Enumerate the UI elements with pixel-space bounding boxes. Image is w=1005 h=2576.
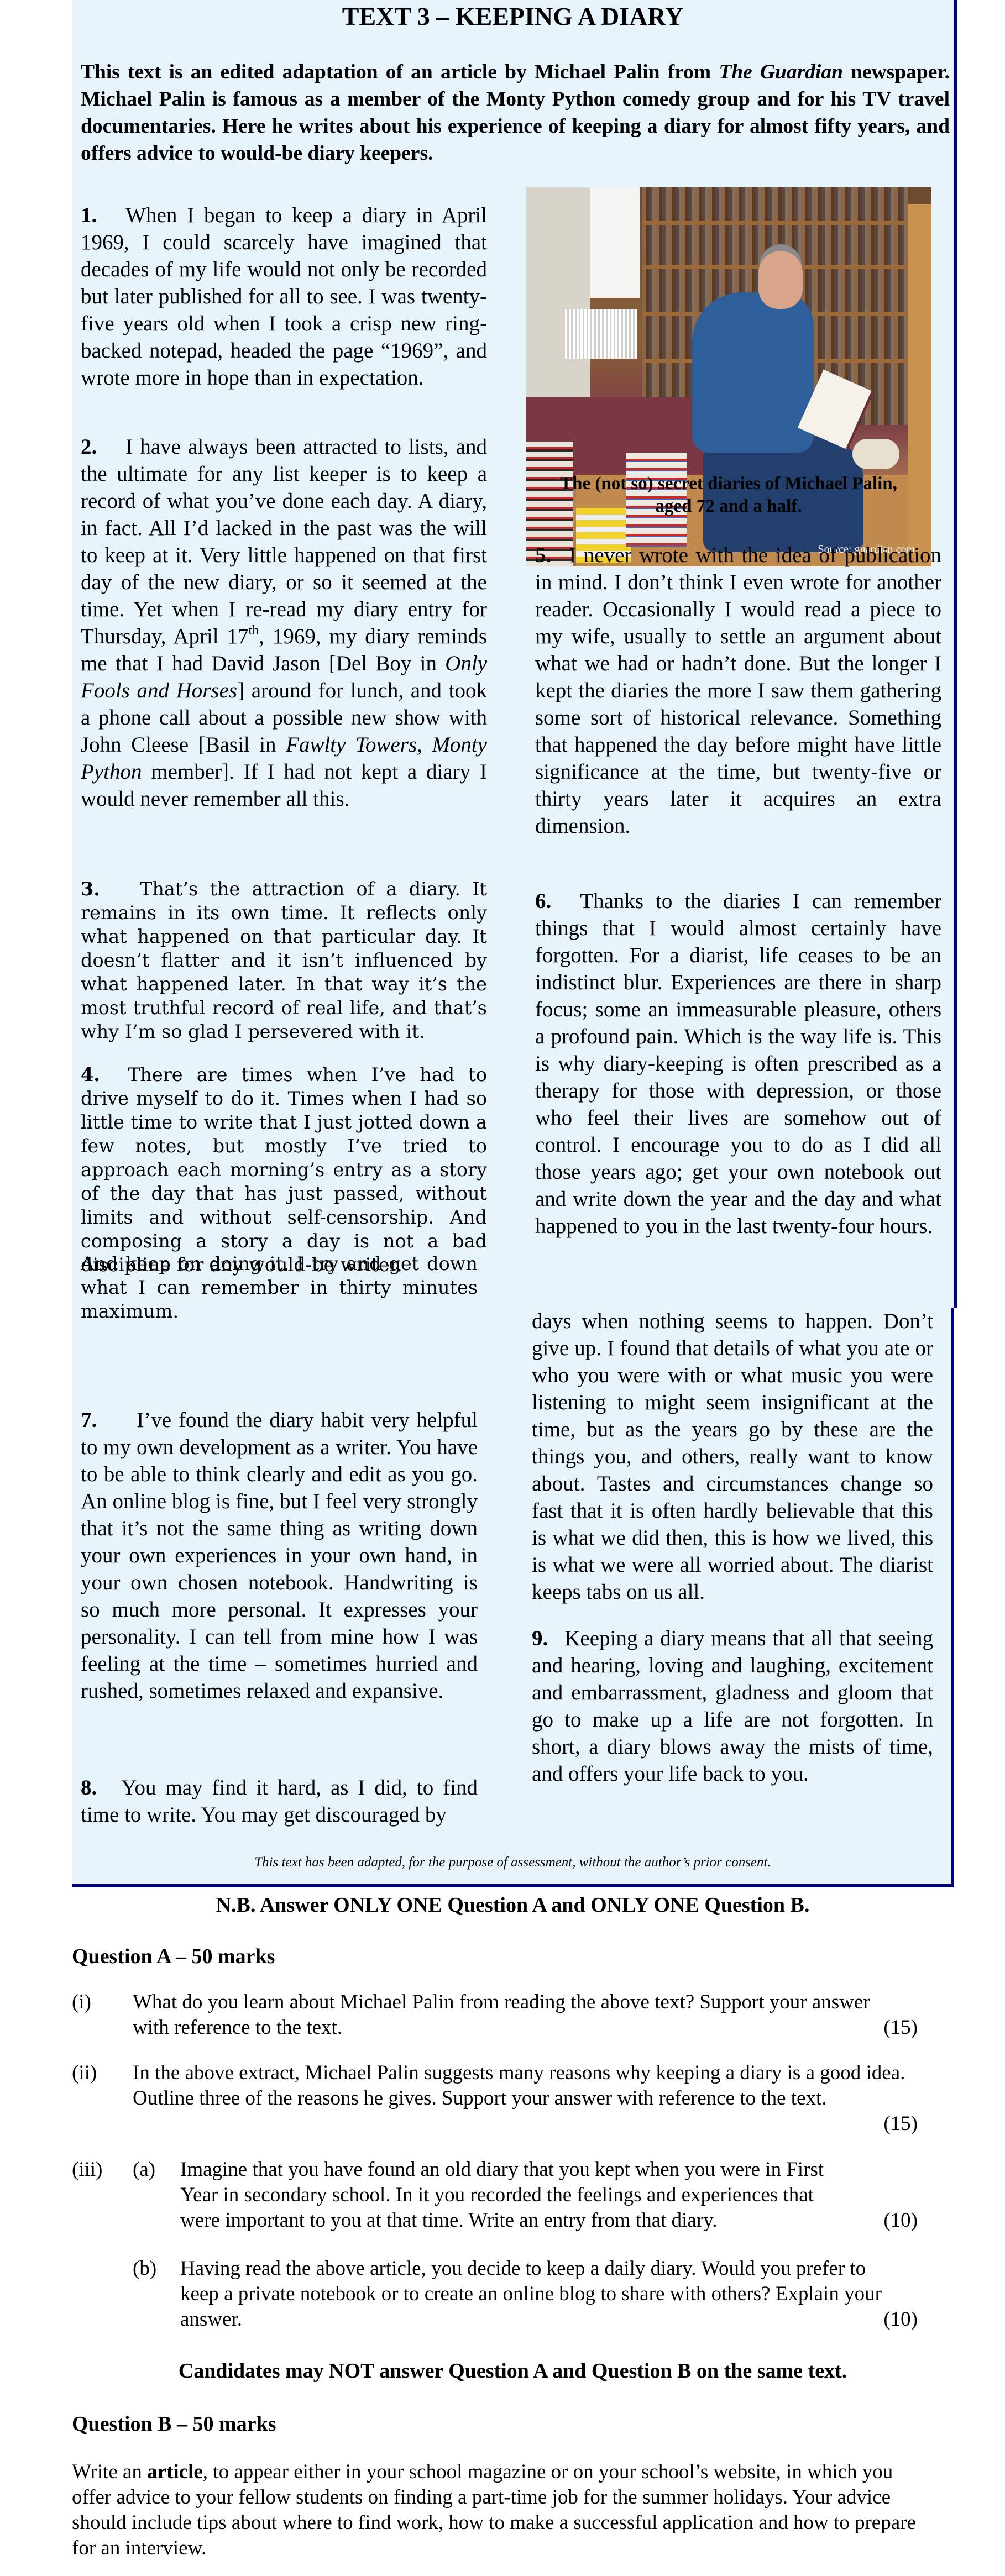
- subquestion-label: (b): [133, 2256, 156, 2281]
- ordinal-suffix: th: [249, 623, 259, 638]
- question-marks: (15): [883, 2111, 918, 2137]
- paragraph-8: 8.You may find it hard, as I did, to fin…: [81, 1774, 478, 1828]
- paragraph-3: 3.That’s the attraction of a diary. It r…: [81, 877, 487, 1043]
- question-marks: (10): [883, 2208, 918, 2233]
- paragraph-number: 4.: [81, 1064, 100, 1085]
- question-b-text: Write an article, to appear either in yo…: [72, 2459, 934, 2561]
- question-a-iii-a: (iii) (a) Imagine that you have found an…: [72, 2157, 918, 2233]
- paragraph-text: Keeping a diary means that all that seei…: [532, 1627, 933, 1786]
- question-warning: Candidates may NOT answer Question A and…: [72, 2358, 954, 2384]
- paragraph-number: 7.: [81, 1408, 97, 1432]
- caption-line-1: The (not so) secret diaries of Michael P…: [535, 473, 922, 495]
- sheep-ornament: [852, 439, 899, 469]
- question-text: Having read the above article, you decid…: [180, 2256, 904, 2332]
- paragraph-2: 2.I have always been attracted to lists,…: [81, 433, 487, 812]
- caption-line-2: aged 72 and a half.: [535, 495, 922, 518]
- question-a-iii-b: (b) Having read the above article, you d…: [72, 2256, 918, 2332]
- intro-text: This text is an edited adaptation of an …: [81, 59, 950, 167]
- text-box-border-right: [954, 0, 957, 1308]
- paragraph-number: 5.: [535, 543, 551, 567]
- paragraph-text: member]. If I had not kept a diary I wou…: [81, 760, 487, 811]
- question-text: What do you learn about Michael Palin fr…: [133, 1990, 879, 2040]
- paragraph-1: 1.When I began to keep a diary in April …: [81, 202, 487, 391]
- question-label: (ii): [72, 2060, 97, 2086]
- paragraph-number: 3.: [81, 878, 100, 900]
- question-marks: (15): [883, 2015, 918, 2040]
- question-a-i: (i) What do you learn about Michael Pali…: [72, 1990, 918, 2040]
- question-b-heading: Question B – 50 marks: [72, 2411, 276, 2437]
- question-label: (iii): [72, 2157, 102, 2182]
- paragraph-5: 5.I never wrote with the idea of publica…: [535, 542, 941, 840]
- paragraph-number: 6.: [535, 889, 551, 913]
- paragraph-4-continued: And keep on doing it. I try and get down…: [81, 1252, 478, 1323]
- question-text: Imagine that you have found an old diary…: [180, 2157, 855, 2233]
- paragraph-9: 9.Keeping a diary means that all that se…: [532, 1625, 933, 1787]
- question-text: Write an: [72, 2460, 147, 2483]
- intro-text-start: This text is an edited adaptation of an …: [81, 61, 719, 83]
- paragraph-text: There are times when I’ve had to drive m…: [81, 1064, 487, 1276]
- paragraph-number: 8.: [81, 1776, 97, 1799]
- paragraph-text: I’ve found the diary habit very helpful …: [81, 1408, 478, 1703]
- question-marks: (10): [883, 2307, 918, 2332]
- paragraph-8-continued: days when nothing seems to happen. Don’t…: [532, 1308, 933, 1606]
- page-title: TEXT 3 – KEEPING A DIARY: [72, 1, 954, 32]
- question-text: In the above extract, Michael Palin sugg…: [133, 2060, 918, 2111]
- paragraph-7: 7.I’ve found the diary habit very helpfu…: [81, 1407, 478, 1704]
- text-box-border-right-lower: [951, 1308, 954, 1887]
- publication-name: The Guardian: [719, 61, 843, 83]
- paragraph-text: When I began to keep a diary in April 19…: [81, 203, 487, 390]
- paragraph-text: I have always been attracted to lists, a…: [81, 435, 487, 648]
- paragraph-number: 1.: [81, 203, 97, 227]
- paragraph-number: 2.: [81, 435, 97, 459]
- emphasised-word: article: [147, 2460, 203, 2483]
- adaptation-footnote: This text has been adapted, for the purp…: [72, 1854, 954, 1871]
- paragraph-text: You may find it hard, as I did, to find …: [81, 1776, 478, 1827]
- question-a-heading: Question A – 50 marks: [72, 1944, 275, 1969]
- paragraph-4: 4.There are times when I’ve had to drive…: [81, 1063, 487, 1277]
- question-a-ii: (ii) In the above extract, Michael Palin…: [72, 2060, 918, 2137]
- question-label: (i): [72, 1990, 91, 2015]
- paragraph-6: 6.Thanks to the diaries I can remember t…: [535, 888, 941, 1240]
- paragraph-text: I never wrote with the idea of publicati…: [535, 543, 941, 838]
- photo-caption: The (not so) secret diaries of Michael P…: [535, 473, 922, 518]
- instruction-note: N.B. Answer ONLY ONE Question A and ONLY…: [72, 1892, 954, 1918]
- subquestion-label: (a): [133, 2157, 155, 2182]
- paragraph-number: 9.: [532, 1627, 548, 1650]
- paragraph-text: Thanks to the diaries I can remember thi…: [535, 889, 941, 1238]
- paragraph-text: That’s the attraction of a diary. It rem…: [81, 878, 487, 1042]
- person-head: [758, 251, 803, 309]
